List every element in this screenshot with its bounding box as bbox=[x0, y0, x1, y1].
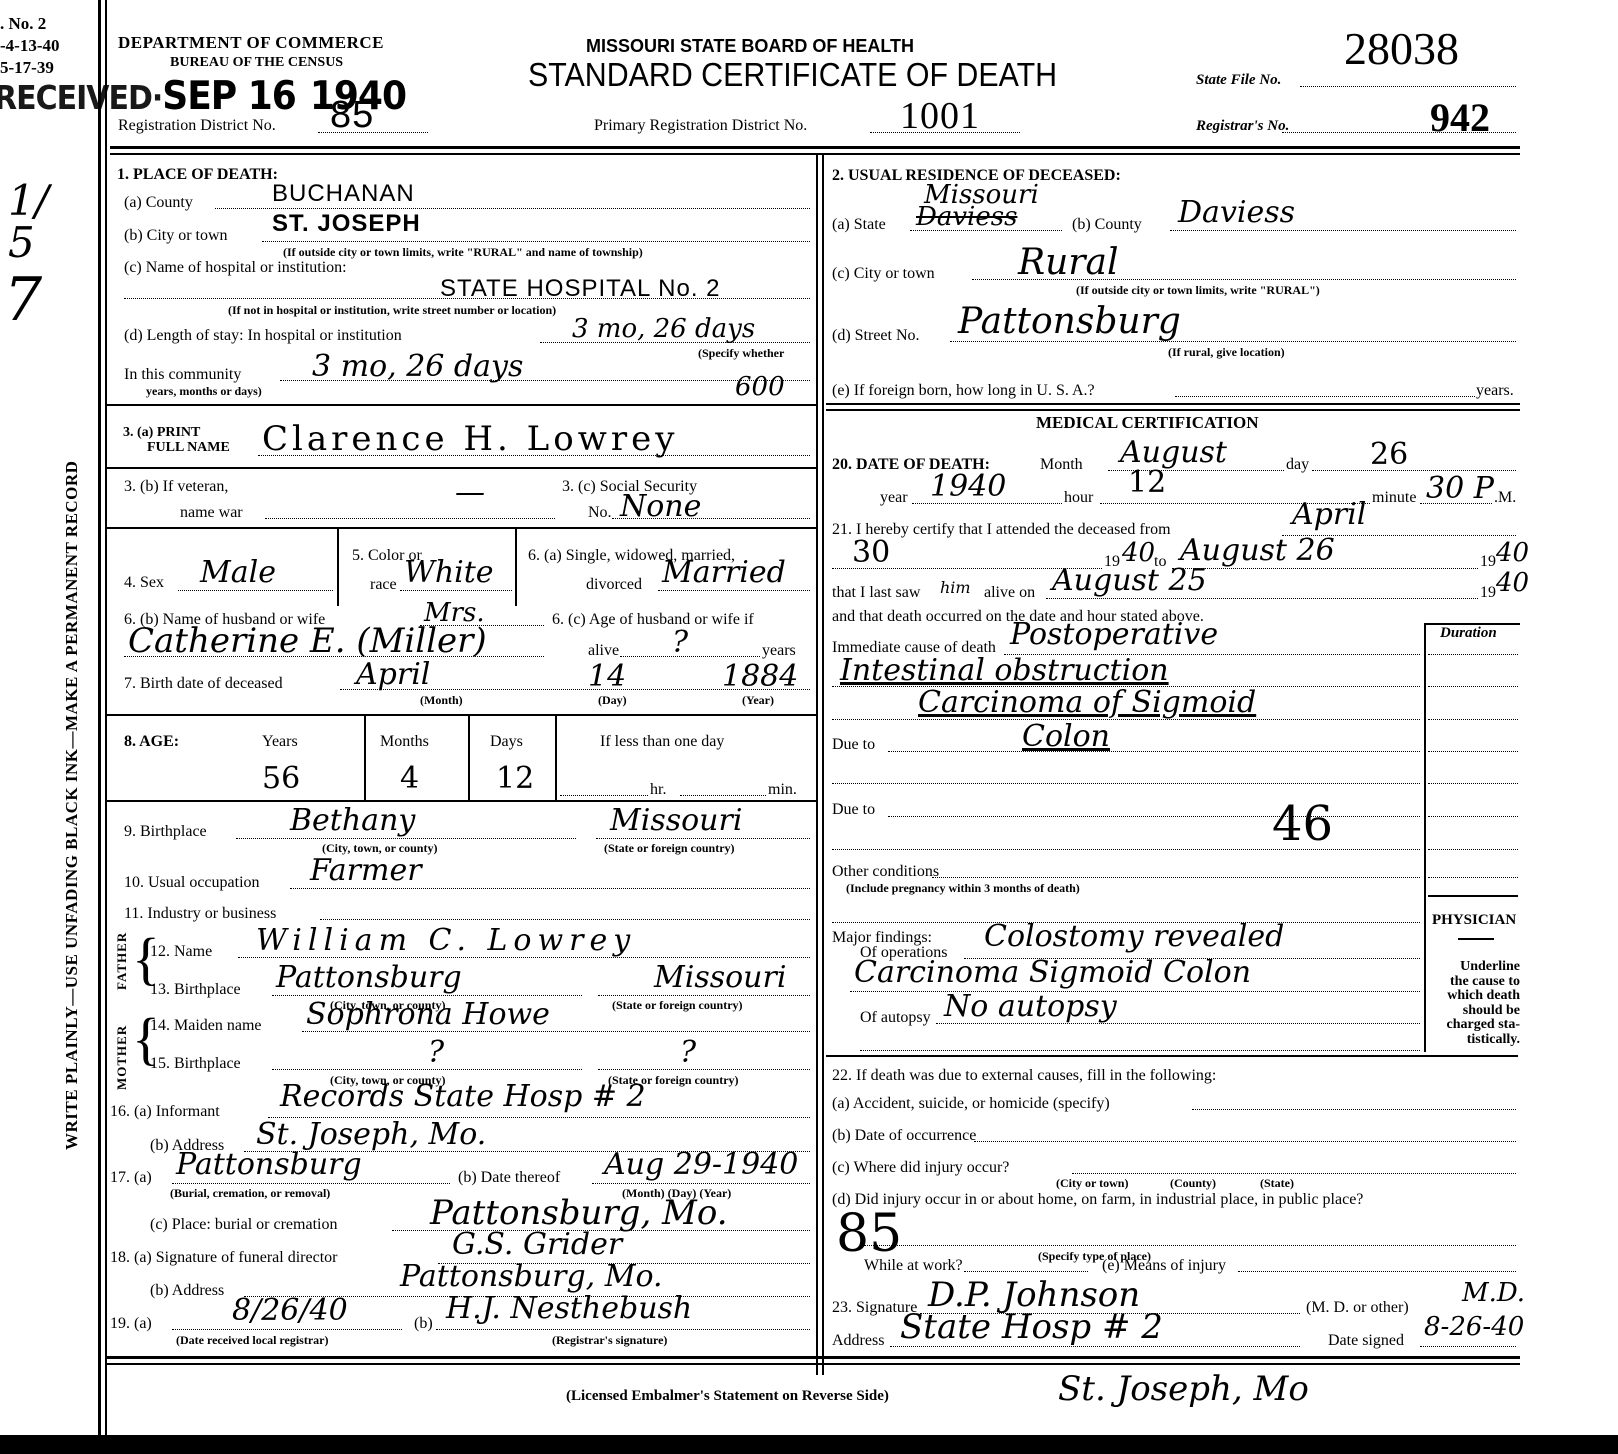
last-saw-label: that I last saw bbox=[832, 585, 920, 601]
death-day-label: day bbox=[1286, 457, 1309, 473]
registrar-sig-note: (Registrar's signature) bbox=[552, 1334, 667, 1346]
external-heading: 22. If death was due to external causes,… bbox=[832, 1068, 1216, 1084]
immediate-cause-value-2[interactable]: Intestinal obstruction bbox=[840, 656, 1169, 686]
md-value[interactable]: M.D. bbox=[1462, 1280, 1525, 1306]
date-signed-value[interactable]: 8-26-40 bbox=[1424, 1314, 1524, 1340]
death-minute-value[interactable]: 30 P bbox=[1426, 474, 1494, 504]
birth-day-value[interactable]: 14 bbox=[588, 662, 626, 692]
registrar-sig-value[interactable]: H.J. Nesthebush bbox=[446, 1294, 692, 1324]
registrar-no-value: 942 bbox=[1430, 94, 1490, 141]
date-signed-label: Date signed bbox=[1328, 1333, 1404, 1349]
physician-address-label: Address bbox=[832, 1333, 884, 1349]
other-conditions-note: (Include pregnancy within 3 months of de… bbox=[846, 882, 1080, 894]
death-hour-label: hour bbox=[1064, 490, 1093, 506]
veteran-value[interactable]: — bbox=[455, 478, 485, 508]
spouse-age-suffix: years bbox=[762, 643, 796, 659]
physician-address-value[interactable]: State Hosp # 2 bbox=[900, 1310, 1163, 1344]
birthplace-state-value[interactable]: Missouri bbox=[610, 806, 742, 836]
foreign-born-label: (e) If foreign born, how long in U. S. A… bbox=[832, 383, 1095, 399]
c-sub-state: (State) bbox=[1260, 1177, 1294, 1189]
means-of-injury-label: (e) Means of injury bbox=[1102, 1258, 1226, 1274]
specify-note: (Specify whether bbox=[698, 347, 784, 359]
age-months-value[interactable]: 4 bbox=[400, 764, 419, 794]
father-name-label: 12. Name bbox=[150, 944, 212, 960]
name-margin-mark: 600 bbox=[735, 374, 785, 400]
birth-year-value[interactable]: 1884 bbox=[722, 662, 798, 692]
director-address-label: (b) Address bbox=[150, 1283, 224, 1299]
registration-district-label: Registration District No. bbox=[118, 117, 276, 135]
community-value[interactable]: 3 mo, 26 days bbox=[312, 352, 523, 382]
md-label: (M. D. or other) bbox=[1306, 1300, 1409, 1316]
full-name-value[interactable]: Clarence H. Lowrey bbox=[262, 422, 678, 456]
death-day-value[interactable]: 26 bbox=[1370, 440, 1408, 470]
informant-address-value[interactable]: St. Joseph, Mo. bbox=[256, 1120, 486, 1150]
hr-label: hr. bbox=[650, 782, 666, 798]
mother-name-value[interactable]: Sophrona Howe bbox=[306, 1000, 550, 1030]
birth-month-value[interactable]: April bbox=[356, 660, 430, 690]
c-sub-county: (County) bbox=[1170, 1177, 1216, 1189]
hospital-value[interactable]: STATE HOSPITAL No. 2 bbox=[440, 275, 721, 303]
ss-value[interactable]: None bbox=[620, 492, 701, 522]
father-birth-city-value[interactable]: Pattonsburg bbox=[276, 963, 462, 993]
spouse-age-value[interactable]: ? bbox=[672, 628, 688, 658]
death-county-value[interactable]: BUCHANAN bbox=[272, 180, 415, 208]
mother-side-label: MOTHER bbox=[114, 1025, 130, 1090]
age-years-value[interactable]: 56 bbox=[262, 764, 300, 794]
death-year-label: year bbox=[880, 490, 908, 506]
residence-street-label: (d) Street No. bbox=[832, 328, 920, 344]
residence-city-label: (c) City or town bbox=[832, 266, 935, 282]
death-hour-value[interactable]: 12 bbox=[1128, 468, 1166, 498]
c-sub-city: (City or town) bbox=[1056, 1177, 1128, 1189]
race-value[interactable]: White bbox=[404, 558, 494, 588]
county-label: (a) County bbox=[124, 195, 193, 211]
spouse-age-label-b: alive bbox=[588, 643, 619, 659]
hospital-label: (c) Name of hospital or institution: bbox=[124, 260, 347, 276]
father-name-value[interactable]: William C. Lowrey bbox=[256, 926, 636, 956]
community-note: years, months or days) bbox=[146, 385, 262, 397]
primary-district-value: 1001 bbox=[900, 94, 980, 138]
sex-value[interactable]: Male bbox=[200, 558, 276, 588]
medical-heading: MEDICAL CERTIFICATION bbox=[1036, 414, 1258, 431]
place-burial-value[interactable]: Pattonsburg, Mo. bbox=[430, 1196, 728, 1230]
footer-handwritten: St. Joseph, Mo bbox=[1058, 1372, 1309, 1406]
father-side-label: FATHER bbox=[114, 932, 130, 990]
left-border-inner bbox=[105, 0, 107, 1435]
birth-sub-month: (Month) bbox=[420, 694, 463, 706]
department: DEPARTMENT OF COMMERCE bbox=[118, 33, 384, 53]
form-no: . No. 2 bbox=[0, 14, 46, 34]
alive-year-prefix: 19 bbox=[1480, 585, 1496, 601]
birthplace-city-value[interactable]: Bethany bbox=[290, 806, 415, 836]
m-suffix: .M. bbox=[1494, 490, 1516, 506]
father-state-note: (State or foreign country) bbox=[612, 999, 743, 1011]
registrar-no-label: Registrar's No. bbox=[1196, 118, 1289, 135]
alive-on-label: alive on bbox=[984, 585, 1035, 601]
registrar-date-value[interactable]: 8/26/40 bbox=[232, 1296, 348, 1326]
spouse-age-label-a: 6. (c) Age of husband or wife if bbox=[552, 612, 754, 628]
birth-sub-year: (Year) bbox=[742, 694, 774, 706]
external-c-label: (c) Where did injury occur? bbox=[832, 1160, 1009, 1176]
marital-value[interactable]: Married bbox=[662, 558, 786, 588]
registration-district-value: 85 bbox=[330, 94, 374, 137]
while-at-work-label: While at work? bbox=[864, 1258, 963, 1274]
years-label: Years bbox=[262, 734, 298, 750]
residence-city-note: (If outside city or town limits, write "… bbox=[1076, 284, 1320, 296]
state-file-label: State File No. bbox=[1196, 72, 1281, 89]
residence-state-label: (a) State bbox=[832, 217, 886, 233]
place-of-death-heading: 1. PLACE OF DEATH: bbox=[117, 167, 278, 183]
operations-value-1[interactable]: Colostomy revealed bbox=[984, 922, 1284, 952]
other-conditions-label: Other conditions bbox=[832, 864, 939, 880]
days-label: Days bbox=[490, 734, 523, 750]
occupation-label: 10. Usual occupation bbox=[124, 875, 260, 891]
birth-date-label: 7. Birth date of deceased bbox=[124, 676, 283, 692]
margin-mark-2: 5 bbox=[8, 222, 35, 264]
mother-birthplace-label: 15. Birthplace bbox=[150, 1056, 241, 1072]
name-label-a: 3. (a) PRINT bbox=[123, 425, 200, 441]
registrar-sig-label: (b) bbox=[414, 1316, 433, 1332]
father-birth-state-value[interactable]: Missouri bbox=[654, 963, 786, 993]
director-address-value[interactable]: Pattonsburg, Mo. bbox=[400, 1262, 663, 1292]
vertical-instruction: WRITE PLAINLY—USE UNFADING BLACK INK—MAK… bbox=[62, 461, 82, 1150]
registrar-date-note: (Date received local registrar) bbox=[176, 1334, 328, 1346]
autopsy-label: Of autopsy bbox=[860, 1010, 931, 1026]
physician-note: Underline the cause to which death shoul… bbox=[1438, 960, 1520, 1047]
due-to-label-2: Due to bbox=[832, 802, 875, 818]
sex-label: 4. Sex bbox=[124, 575, 164, 591]
city-note: (If outside city or town limits, write "… bbox=[283, 246, 643, 258]
center-divider bbox=[816, 155, 818, 1375]
to-year-prefix: 19 bbox=[1480, 554, 1496, 570]
residence-street-value[interactable]: Pattonsburg bbox=[958, 304, 1181, 340]
informant-value[interactable]: Records State Hosp # 2 bbox=[280, 1082, 646, 1112]
residence-state-value[interactable]: Missouri bbox=[924, 182, 1039, 208]
external-d-label: (d) Did injury occur in or about home, o… bbox=[832, 1192, 1363, 1208]
race-label-b: race bbox=[370, 577, 397, 593]
physician-title: PHYSICIAN bbox=[1432, 912, 1516, 929]
external-a-label: (a) Accident, suicide, or homicide (spec… bbox=[832, 1096, 1110, 1112]
age-days-value[interactable]: 12 bbox=[496, 764, 534, 794]
death-month-label: Month bbox=[1040, 457, 1083, 473]
embalmer-note: (Licensed Embalmer's Statement on Revers… bbox=[566, 1388, 889, 1405]
foreign-born-suffix: years. bbox=[1476, 383, 1514, 399]
informant-label: 16. (a) Informant bbox=[110, 1104, 220, 1120]
bureau: BUREAU OF THE CENSUS bbox=[170, 55, 343, 71]
immediate-cause-value-1[interactable]: Postoperative bbox=[1010, 620, 1218, 650]
lessday-label: If less than one day bbox=[600, 734, 724, 750]
burial-date-value[interactable]: Aug 29-1940 bbox=[604, 1150, 798, 1180]
registrar-date-label: 19. (a) bbox=[110, 1316, 152, 1332]
center-divider-2 bbox=[822, 155, 824, 1375]
residence-county-value[interactable]: Daviess bbox=[1178, 198, 1295, 228]
spouse-value-b[interactable]: Catherine E. (Miller) bbox=[128, 624, 487, 658]
last-saw-pronoun[interactable]: him bbox=[940, 580, 971, 596]
margin-mark-1: 1/ bbox=[8, 180, 49, 222]
duration-label: Duration bbox=[1440, 625, 1497, 642]
months-label: Months bbox=[380, 734, 429, 750]
immediate-cause-value-3[interactable]: Carcinoma of Sigmoid bbox=[918, 688, 1256, 718]
burial-label: 17. (a) bbox=[110, 1170, 152, 1186]
min-label: min. bbox=[768, 782, 797, 798]
industry-label: 11. Industry or business bbox=[124, 906, 276, 922]
residence-city-value[interactable]: Rural bbox=[1018, 245, 1118, 281]
death-minute-label: minute bbox=[1372, 490, 1416, 506]
attended-from-day[interactable]: 30 bbox=[852, 538, 890, 568]
age-label: 8. AGE: bbox=[124, 734, 179, 750]
funeral-director-value[interactable]: G.S. Grider bbox=[452, 1230, 622, 1260]
death-city-value[interactable]: ST. JOSEPH bbox=[272, 210, 421, 238]
residence-county-label: (b) County bbox=[1072, 217, 1142, 233]
external-b-label: (b) Date of occurrence bbox=[832, 1128, 976, 1144]
alive-year-value[interactable]: 40 bbox=[1496, 570, 1529, 596]
form-date-1: -4-13-40 bbox=[0, 36, 59, 56]
primary-district-label: Primary Registration District No. bbox=[594, 117, 807, 135]
city-label: (b) City or town bbox=[124, 228, 228, 244]
occupation-value[interactable]: Farmer bbox=[310, 856, 422, 886]
birthplace-state-note: (State or foreign country) bbox=[604, 842, 735, 854]
birthplace-label: 9. Birthplace bbox=[124, 824, 207, 840]
ss-no-label: No. bbox=[588, 505, 612, 521]
hospital-note: (If not in hospital or institution, writ… bbox=[228, 304, 556, 316]
father-birthplace-label: 13. Birthplace bbox=[150, 982, 241, 998]
board-name: MISSOURI STATE BOARD OF HEALTH bbox=[586, 36, 914, 57]
attended-to-year[interactable]: 40 bbox=[1496, 540, 1529, 566]
burial-note: (Burial, cremation, or removal) bbox=[170, 1187, 330, 1199]
mother-birth-city-value[interactable]: ? bbox=[428, 1038, 444, 1068]
due-to-label-1: Due to bbox=[832, 737, 875, 753]
mother-birth-state-value[interactable]: ? bbox=[680, 1038, 696, 1068]
funeral-director-label: 18. (a) Signature of funeral director bbox=[110, 1250, 337, 1266]
attended-from-month[interactable]: April bbox=[1292, 500, 1366, 530]
death-certificate: . No. 2 -4-13-40 5-17-39 RECEIVED·SEP 16… bbox=[0, 0, 1618, 1435]
burial-date-label: (b) Date thereof bbox=[458, 1170, 560, 1186]
birth-sub-day: (Day) bbox=[598, 694, 627, 706]
death-month-value[interactable]: August bbox=[1120, 438, 1227, 468]
header-rule bbox=[110, 146, 1520, 149]
mother-name-label: 14. Maiden name bbox=[150, 1018, 262, 1034]
veteran-label: 3. (b) If veteran, bbox=[124, 479, 228, 495]
header-rule-2 bbox=[110, 153, 1520, 155]
community-label: In this community bbox=[124, 367, 241, 383]
burial-value[interactable]: Pattonsburg bbox=[176, 1150, 362, 1180]
stay-value[interactable]: 3 mo, 26 days bbox=[572, 316, 755, 342]
marital-label-b: divorced bbox=[586, 577, 642, 593]
autopsy-value[interactable]: No autopsy bbox=[944, 992, 1117, 1022]
due-to-margin-mark: 46 bbox=[1272, 800, 1333, 848]
name-label-b: FULL NAME bbox=[147, 440, 230, 456]
d-margin-mark: 85 bbox=[836, 1208, 902, 1260]
state-file-value: 28038 bbox=[1344, 22, 1459, 75]
operations-value-2[interactable]: Carcinoma Sigmoid Colon bbox=[854, 958, 1251, 988]
residence-street-note: (If rural, give location) bbox=[1168, 346, 1285, 358]
margin-mark-3: 7 bbox=[4, 270, 42, 330]
due-to-value[interactable]: Colon bbox=[1022, 722, 1110, 752]
death-year-value[interactable]: 1940 bbox=[930, 472, 1006, 502]
attended-to-value[interactable]: August 26 bbox=[1180, 536, 1335, 566]
left-border bbox=[98, 0, 101, 1435]
stay-label: (d) Length of stay: In hospital or insti… bbox=[124, 328, 402, 344]
war-label: name war bbox=[180, 505, 243, 521]
alive-on-value[interactable]: August 25 bbox=[1052, 566, 1207, 596]
place-burial-label: (c) Place: burial or cremation bbox=[150, 1217, 337, 1233]
page-title: STANDARD CERTIFICATE OF DEATH bbox=[528, 56, 1057, 94]
